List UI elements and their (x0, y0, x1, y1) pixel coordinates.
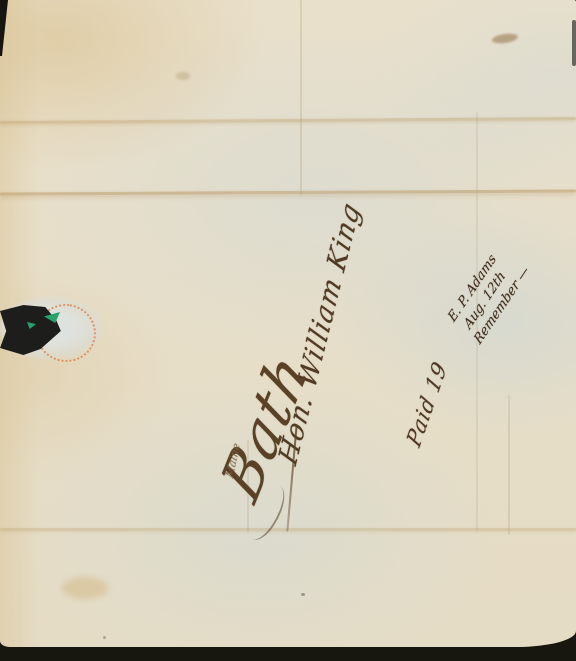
wax-seal-remnant (0, 292, 110, 368)
vertical-crease-top (300, 0, 302, 195)
scanned-letter-image: E. P. Adams Aug. 12th Remember — Hon. Wi… (0, 0, 576, 661)
small-stain (176, 72, 190, 80)
vertical-crease-right (508, 395, 510, 535)
speck (301, 593, 305, 596)
backdrop-notch-top-right (572, 20, 576, 66)
foxing-stain (62, 577, 108, 599)
speck (103, 636, 106, 639)
